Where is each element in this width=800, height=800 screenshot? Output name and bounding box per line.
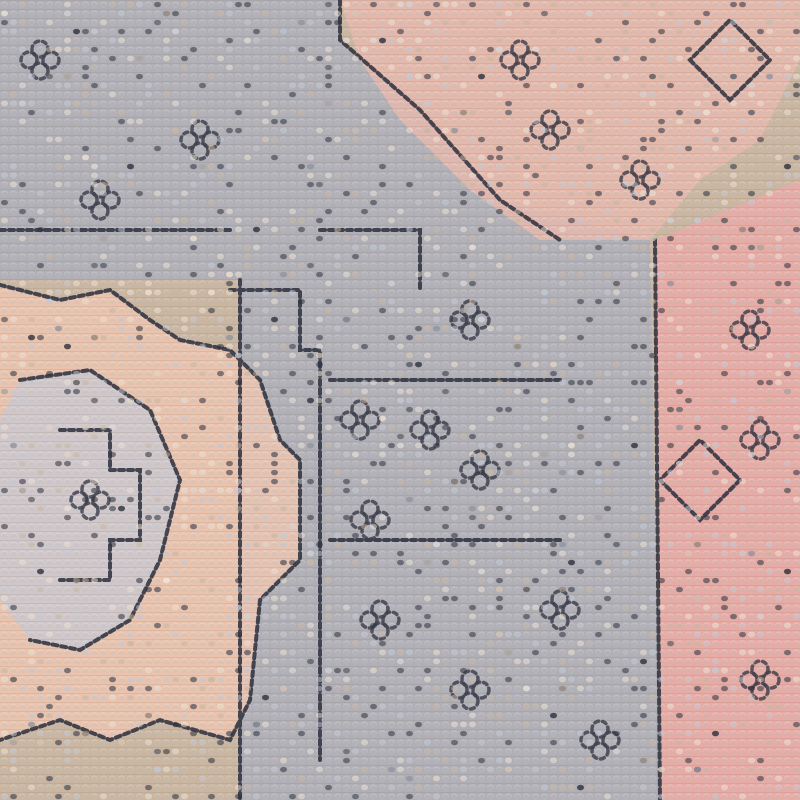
- rug-photo: [0, 0, 800, 800]
- rug-texture: [0, 0, 800, 800]
